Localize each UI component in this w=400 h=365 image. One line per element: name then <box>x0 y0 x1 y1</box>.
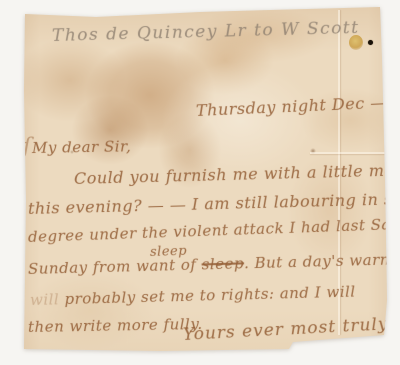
pencil-inscription: Thos de Quincey Lr to W Scott <box>52 18 360 46</box>
body-line-2: this evening? — — I am still labouring i… <box>28 189 400 218</box>
body-line-4-prefix: Sunday from want of <box>28 255 202 278</box>
body-line-3: degree under the violent attack I had la… <box>28 214 400 246</box>
letter-photograph: Thos de Quincey Lr to W Scott Thursday n… <box>0 0 400 365</box>
body-line-1: Could you furnish me with a little money <box>74 160 400 188</box>
body-line-5-faint-word: will <box>30 290 65 309</box>
body-line-5-rest: probably set me to rights: and I will <box>64 282 356 308</box>
closing-valediction: Yours ever most truly. <box>182 314 393 345</box>
dateline: Thursday night Dec — 12 <box>196 92 400 120</box>
body-line-4-suffix: . But a day's warning <box>244 250 400 272</box>
pinhole-mark <box>368 40 373 45</box>
paper-shadow-wrapper: Thos de Quincey Lr to W Scott Thursday n… <box>0 0 400 365</box>
letter-paper: Thos de Quincey Lr to W Scott Thursday n… <box>0 0 400 365</box>
horizontal-fold-crease <box>310 152 386 154</box>
ink-flourish: ſ <box>23 134 31 158</box>
body-line-6: then write more fully. <box>28 315 203 336</box>
body-line-4: Sunday from want of sleep. But a day's w… <box>28 250 400 278</box>
salutation: My dear Sir, <box>32 137 132 157</box>
body-line-5: will probably set me to rights: and I wi… <box>30 282 356 309</box>
struck-word: sleep <box>201 254 244 273</box>
